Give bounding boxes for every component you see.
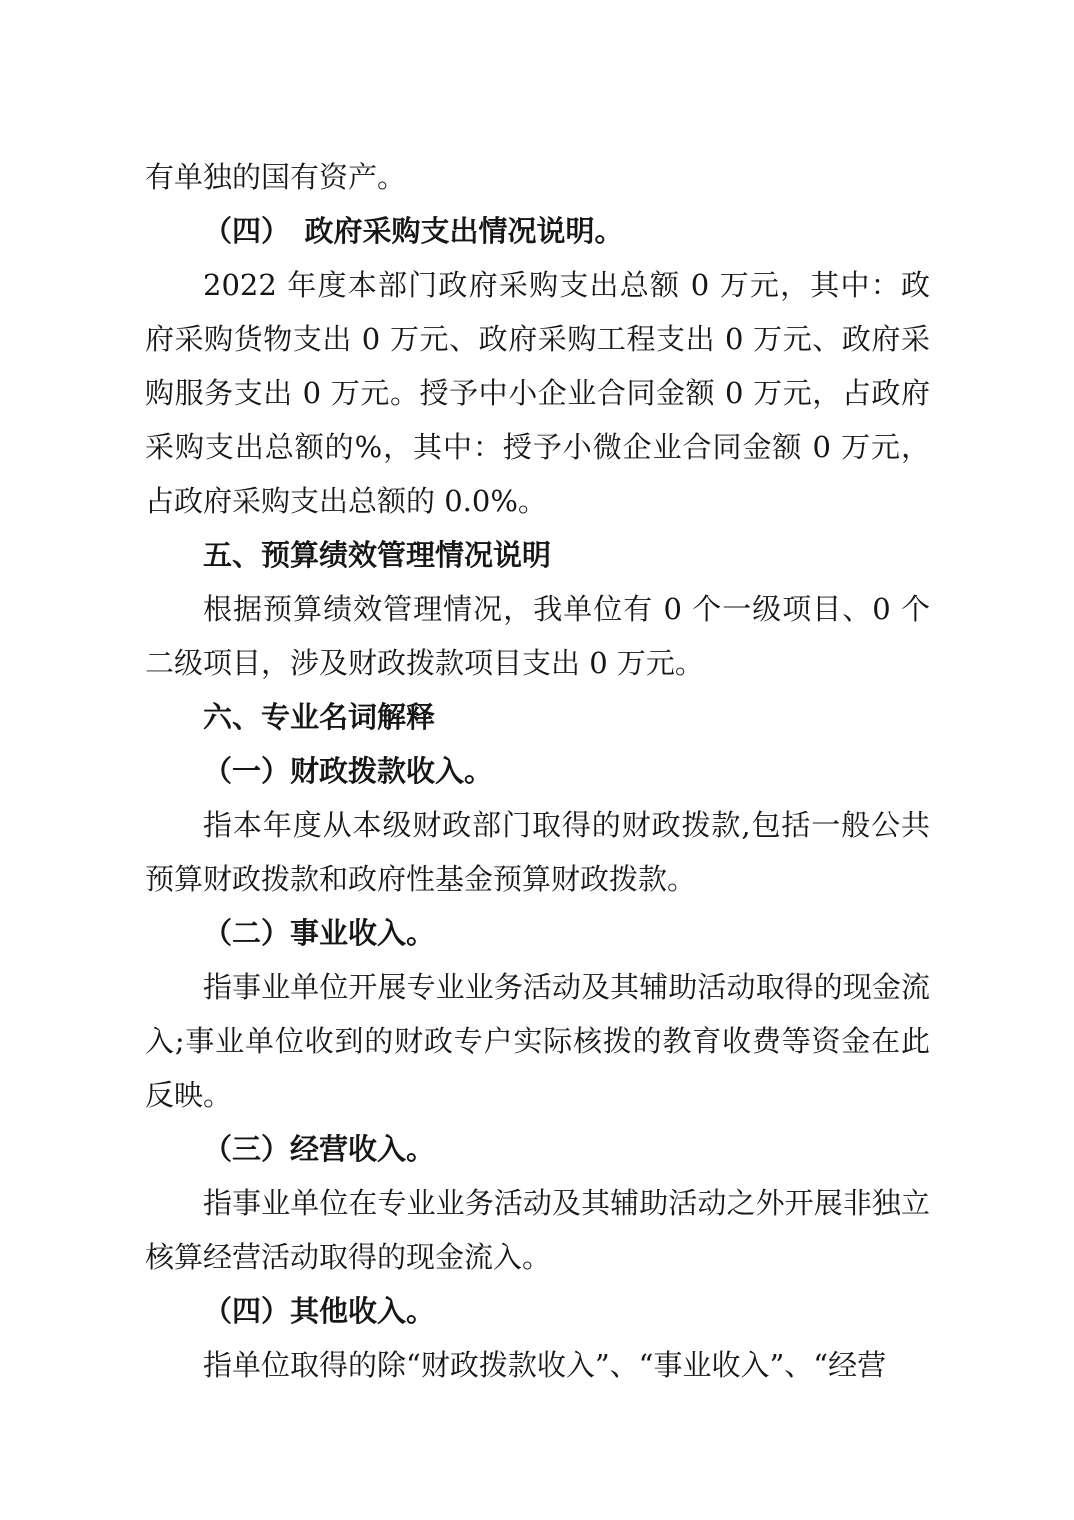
subsection-heading-other-income: （四）其他收入。 [145,1284,930,1338]
document-page: 有单独的国有资产。 （四） 政府采购支出情况说明。 2022 年度本部门政府采购… [0,0,1074,1520]
subsection-heading-fiscal-appropriation-income: （一）财政拨款收入。 [145,744,930,798]
body-paragraph-continuation: 有单独的国有资产。 [145,150,930,204]
section-heading-5-budget-performance: 五、预算绩效管理情况说明 [145,528,930,582]
body-paragraph: 2022 年度本部门政府采购支出总额 0 万元，其中：政府采购货物支出 0 万元… [145,258,930,528]
subsection-heading-operating-income: （二）事业收入。 [145,906,930,960]
body-paragraph: 指本年度从本级财政部门取得的财政拨款,包括一般公共预算财政拨款和政府性基金预算财… [145,798,930,906]
body-paragraph: 指事业单位在专业业务活动及其辅助活动之外开展非独立核算经营活动取得的现金流入。 [145,1176,930,1284]
subsection-heading-gov-procurement: （四） 政府采购支出情况说明。 [145,204,930,258]
body-paragraph: 指事业单位开展专业业务活动及其辅助活动取得的现金流入;事业单位收到的财政专户实际… [145,960,930,1122]
section-heading-6-terminology: 六、专业名词解释 [145,690,930,744]
subsection-heading-business-income: （三）经营收入。 [145,1122,930,1176]
body-paragraph-fragment: 指单位取得的除“财政拨款收入”、“事业收入”、“经营 [145,1338,930,1392]
body-paragraph: 根据预算绩效管理情况，我单位有 0 个一级项目、0 个二级项目，涉及财政拨款项目… [145,582,930,690]
